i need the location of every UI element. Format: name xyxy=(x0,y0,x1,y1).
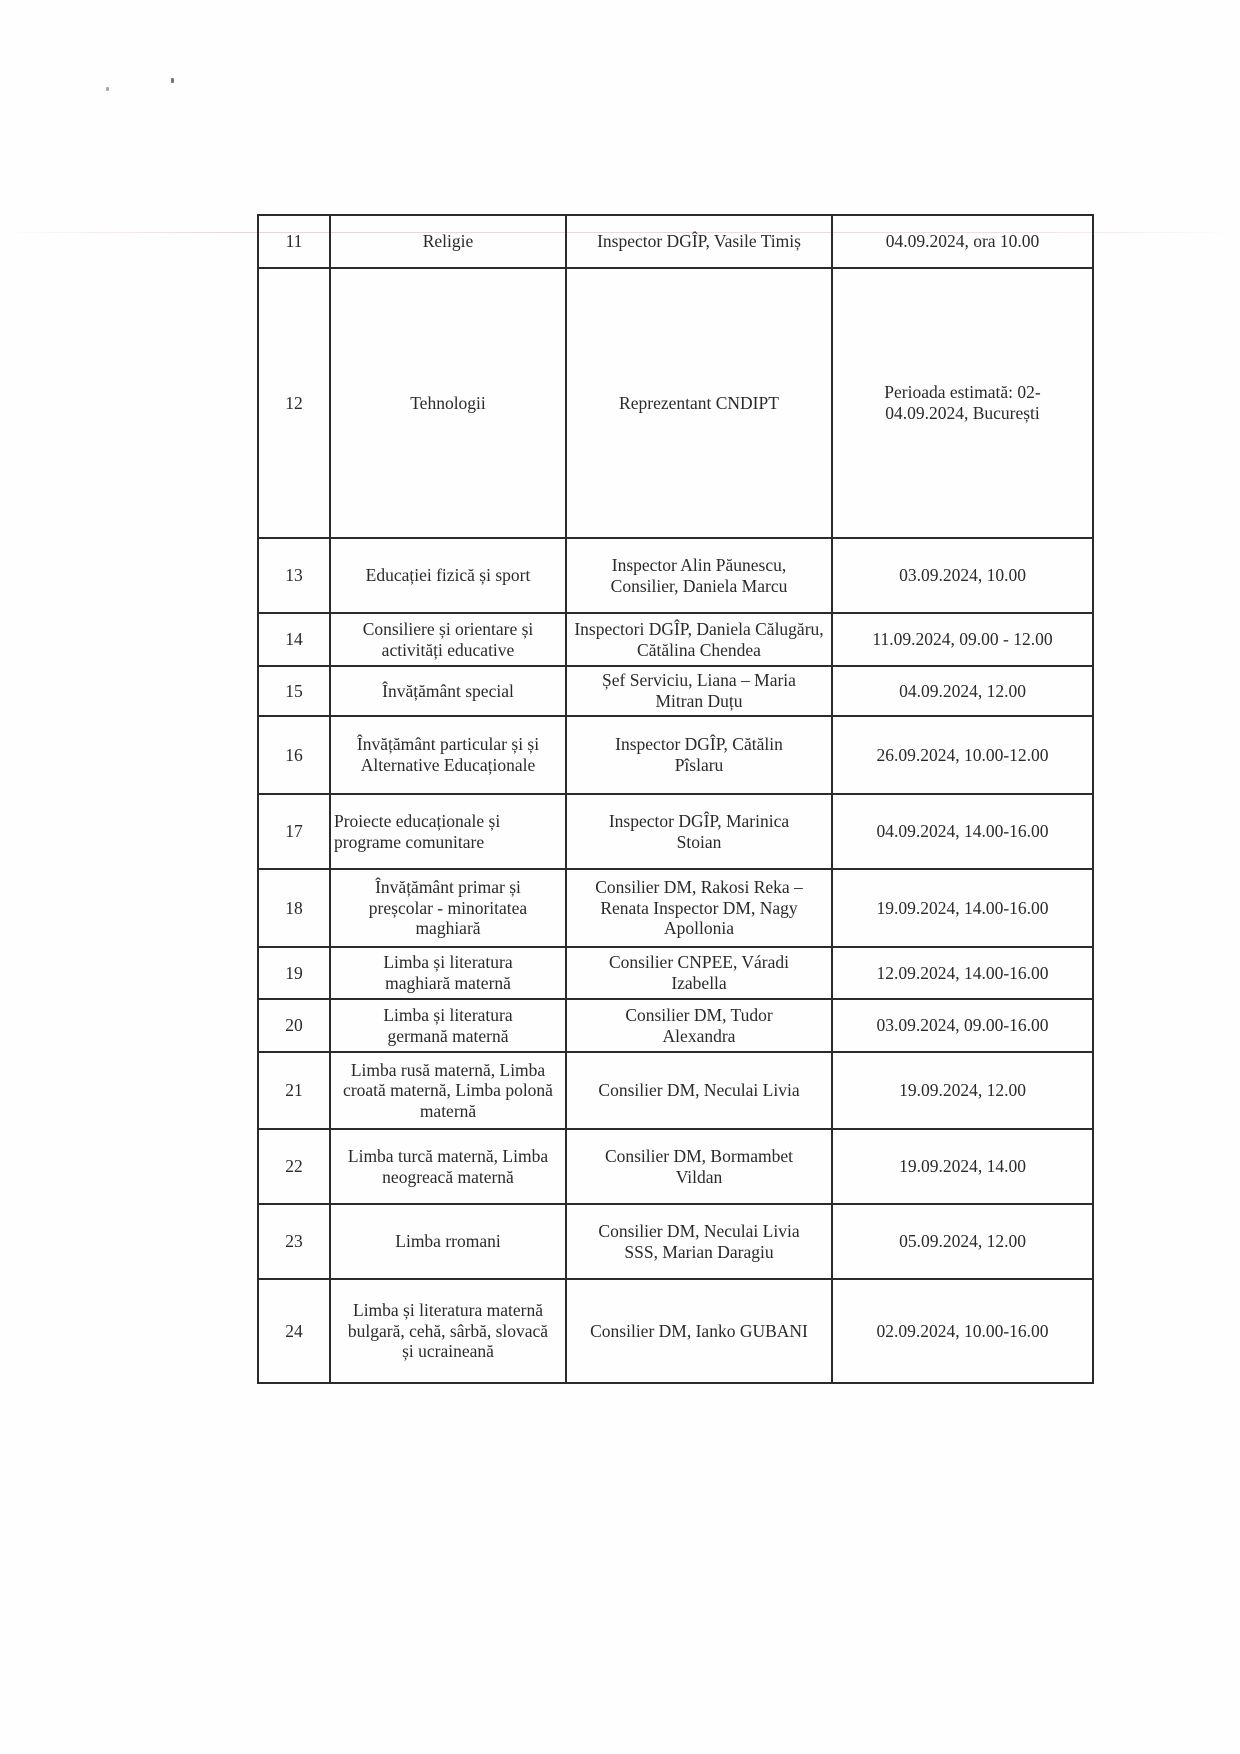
date-cell: 03.09.2024, 09.00-16.00 xyxy=(832,999,1093,1052)
date-cell: 19.09.2024, 12.00 xyxy=(832,1052,1093,1129)
subject-cell: Limba rromani xyxy=(330,1204,566,1279)
table-row: 23 Limba rromani Consilier DM, Neculai L… xyxy=(258,1204,1093,1279)
date-cell: 11.09.2024, 09.00 - 12.00 xyxy=(832,613,1093,666)
row-number: 23 xyxy=(258,1204,330,1279)
responsible-cell: Consilier DM, Neculai Livia SSS, Marian … xyxy=(566,1204,832,1279)
table-row: 17 Proiecte educaționale și programe com… xyxy=(258,794,1093,869)
responsible-cell: Inspector Alin Păunescu, Consilier, Dani… xyxy=(566,538,832,613)
scan-speck xyxy=(171,78,174,83)
responsible-cell: Inspectori DGÎP, Daniela Călugăru, Cătăl… xyxy=(566,613,832,666)
scanned-page: 11 Religie Inspector DGÎP, Vasile Timiș … xyxy=(0,0,1240,1754)
table-row: 16 Învățământ particular și și Alternati… xyxy=(258,716,1093,794)
date-cell: 19.09.2024, 14.00-16.00 xyxy=(832,869,1093,947)
row-number: 14 xyxy=(258,613,330,666)
responsible-cell: Consilier CNPEE, Váradi Izabella xyxy=(566,947,832,999)
responsible-cell: Consilier DM, Tudor Alexandra xyxy=(566,999,832,1052)
row-number: 24 xyxy=(258,1279,330,1383)
table-row: 13 Educației fizică și sport Inspector A… xyxy=(258,538,1093,613)
subject-cell: Învățământ particular și și Alternative … xyxy=(330,716,566,794)
table-row: 14 Consiliere și orientare și activități… xyxy=(258,613,1093,666)
scan-speck xyxy=(106,87,109,91)
schedule-table: 11 Religie Inspector DGÎP, Vasile Timiș … xyxy=(257,214,1094,1384)
subject-cell: Învățământ special xyxy=(330,666,566,716)
date-cell: Perioada estimată: 02-04.09.2024, Bucure… xyxy=(832,268,1093,538)
date-cell: 04.09.2024, 12.00 xyxy=(832,666,1093,716)
row-number: 13 xyxy=(258,538,330,613)
subject-cell: Educației fizică și sport xyxy=(330,538,566,613)
responsible-cell: Consilier DM, Neculai Livia xyxy=(566,1052,832,1129)
table-row: 19 Limba și literatura maghiară maternă … xyxy=(258,947,1093,999)
subject-cell: Tehnologii xyxy=(330,268,566,538)
subject-cell: Consiliere și orientare și activități ed… xyxy=(330,613,566,666)
date-cell: 12.09.2024, 14.00-16.00 xyxy=(832,947,1093,999)
row-number: 22 xyxy=(258,1129,330,1204)
row-number: 17 xyxy=(258,794,330,869)
date-cell: 26.09.2024, 10.00-12.00 xyxy=(832,716,1093,794)
responsible-cell: Consilier DM, Bormambet Vildan xyxy=(566,1129,832,1204)
table-row: 18 Învățământ primar și preșcolar - mino… xyxy=(258,869,1093,947)
subject-cell: Limba și literatura maternă bulgară, ceh… xyxy=(330,1279,566,1383)
subject-cell: Proiecte educaționale și programe comuni… xyxy=(330,794,566,869)
subject-cell: Limba rusă maternă, Limba croată maternă… xyxy=(330,1052,566,1129)
row-number: 15 xyxy=(258,666,330,716)
row-number: 11 xyxy=(258,215,330,268)
responsible-cell: Șef Serviciu, Liana – Maria Mitran Duțu xyxy=(566,666,832,716)
date-cell: 02.09.2024, 10.00-16.00 xyxy=(832,1279,1093,1383)
subject-cell: Învățământ primar și preșcolar - minorit… xyxy=(330,869,566,947)
table-row: 11 Religie Inspector DGÎP, Vasile Timiș … xyxy=(258,215,1093,268)
row-number: 12 xyxy=(258,268,330,538)
responsible-cell: Consilier DM, Rakosi Reka – Renata Inspe… xyxy=(566,869,832,947)
row-number: 21 xyxy=(258,1052,330,1129)
row-number: 20 xyxy=(258,999,330,1052)
table-row: 12 Tehnologii Reprezentant CNDIPT Perioa… xyxy=(258,268,1093,538)
table-row: 20 Limba și literatura germană maternă C… xyxy=(258,999,1093,1052)
table-row: 21 Limba rusă maternă, Limba croată mate… xyxy=(258,1052,1093,1129)
date-cell: 04.09.2024, 14.00-16.00 xyxy=(832,794,1093,869)
row-number: 19 xyxy=(258,947,330,999)
schedule-table-body: 11 Religie Inspector DGÎP, Vasile Timiș … xyxy=(258,215,1093,1383)
responsible-cell: Inspector DGÎP, Cătălin Pîslaru xyxy=(566,716,832,794)
table-row: 22 Limba turcă maternă, Limba neogreacă … xyxy=(258,1129,1093,1204)
responsible-cell: Reprezentant CNDIPT xyxy=(566,268,832,538)
subject-cell: Limba și literatura maghiară maternă xyxy=(330,947,566,999)
row-number: 18 xyxy=(258,869,330,947)
responsible-cell: Inspector DGÎP, Marinica Stoian xyxy=(566,794,832,869)
responsible-cell: Inspector DGÎP, Vasile Timiș xyxy=(566,215,832,268)
table-row: 24 Limba și literatura maternă bulgară, … xyxy=(258,1279,1093,1383)
date-cell: 19.09.2024, 14.00 xyxy=(832,1129,1093,1204)
date-cell: 04.09.2024, ora 10.00 xyxy=(832,215,1093,268)
table-row: 15 Învățământ special Șef Serviciu, Lian… xyxy=(258,666,1093,716)
row-number: 16 xyxy=(258,716,330,794)
subject-cell: Limba turcă maternă, Limba neogreacă mat… xyxy=(330,1129,566,1204)
responsible-cell: Consilier DM, Ianko GUBANI xyxy=(566,1279,832,1383)
date-cell: 03.09.2024, 10.00 xyxy=(832,538,1093,613)
date-cell: 05.09.2024, 12.00 xyxy=(832,1204,1093,1279)
subject-cell: Limba și literatura germană maternă xyxy=(330,999,566,1052)
subject-cell: Religie xyxy=(330,215,566,268)
